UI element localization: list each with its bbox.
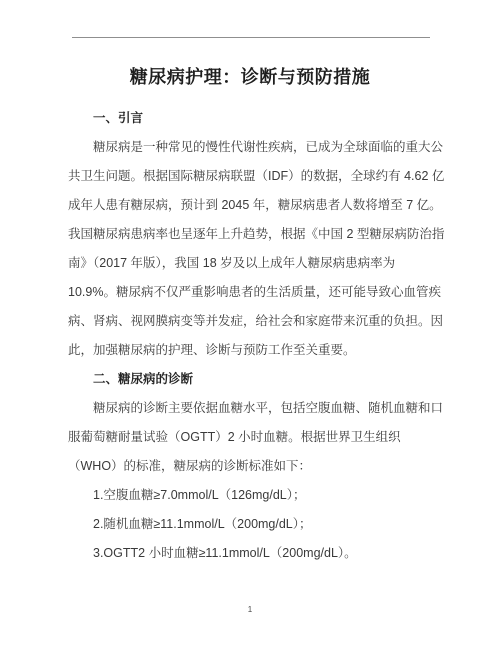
section-2-heading: 二、糖尿病的诊断 [68, 365, 432, 394]
paragraph-line: 糖尿病的诊断主要依据血糖水平，包括空腹血糖、随机血糖和口 [68, 394, 432, 423]
paragraph-line: 10.9%。糖尿病不仅严重影响患者的生活质量，还可能导致心血管疾 [68, 278, 432, 307]
page-number: 1 [0, 604, 500, 616]
paragraph-line: （WHO）的标准，糖尿病的诊断标准如下： [68, 452, 432, 481]
diagnosis-criterion: 3.OGTT2 小时血糖≥11.1mmol/L（200mg/dL）。 [68, 539, 432, 568]
diagnosis-criterion: 2.随机血糖≥11.1mmol/L（200mg/dL）； [68, 510, 432, 539]
paragraph-line: 此，加强糖尿病的护理、诊断与预防工作至关重要。 [68, 336, 432, 365]
paragraph-line: 病、肾病、视网膜病变等并发症，给社会和家庭带来沉重的负担。因 [68, 307, 432, 336]
document-body: 一、引言 糖尿病是一种常见的慢性代谢性疾病，已成为全球面临的重大公 共卫生问题。… [68, 104, 432, 568]
paragraph-line: 共卫生问题。根据国际糖尿病联盟（IDF）的数据，全球约有 4.62 亿 [68, 162, 432, 191]
paragraph-line: 服葡萄糖耐量试验（OGTT）2 小时血糖。根据世界卫生组织 [68, 423, 432, 452]
paragraph-line: 糖尿病是一种常见的慢性代谢性疾病，已成为全球面临的重大公 [68, 133, 432, 162]
paragraph-line: 成年人患有糖尿病，预计到 2045 年，糖尿病患者人数将增至 7 亿。 [68, 191, 432, 220]
document-page: 糖尿病护理：诊断与预防措施 一、引言 糖尿病是一种常见的慢性代谢性疾病，已成为全… [0, 0, 500, 647]
paragraph-line: 我国糖尿病患病率也呈逐年上升趋势，根据《中国 2 型糖尿病防治指 [68, 220, 432, 249]
section-1-heading: 一、引言 [68, 104, 432, 133]
paragraph-line: 南》（2017 年版），我国 18 岁及以上成年人糖尿病患病率为 [68, 249, 432, 278]
diagnosis-criterion: 1.空腹血糖≥7.0mmol/L（126mg/dL）； [68, 481, 432, 510]
header-rule-divider [72, 37, 430, 38]
document-title: 糖尿病护理：诊断与预防措施 [0, 62, 500, 92]
